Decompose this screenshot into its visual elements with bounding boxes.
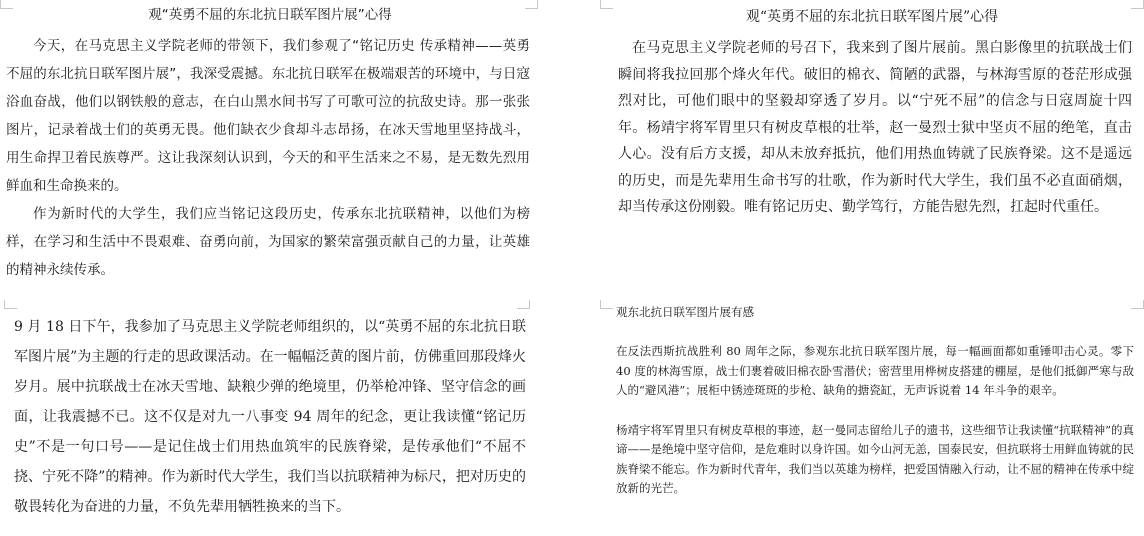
essay-paragraph: 在反法西斯抗战胜利 80 周年之际，参观东北抗日联军图片展，每一幅画面都如重锤叩…	[616, 342, 1134, 401]
essay-body: 今天，在马克思主义学院老师的带领下，我们参观了“铭记历史 传承精神——英勇不屈的…	[6, 32, 530, 284]
essay-paragraph: 作为新时代的大学生，我们应当铭记这段历史，传承东北抗联精神，以他们为榜样，在学习…	[6, 200, 530, 284]
essay-body: 9 月 18 日下午，我参加了马克思主义学院老师组织的，以“英勇不屈的东北抗日联…	[14, 312, 526, 522]
essay-panel-2: 观“英勇不屈的东北抗日联军图片展”心得 在马克思主义学院老师的号召下，我来到了图…	[600, 0, 1144, 270]
essay-body: 在反法西斯抗战胜利 80 周年之际，参观东北抗日联军图片展，每一幅画面都如重锤叩…	[616, 342, 1134, 519]
essay-title: 观“英勇不屈的东北抗日联军图片展”心得	[0, 4, 540, 26]
essay-body: 在马克思主义学院老师的号召下，我来到了图片展前。黑白影像里的抗联战士们瞬间将我拉…	[618, 35, 1132, 221]
essay-panel-3: 9 月 18 日下午，我参加了马克思主义学院老师组织的，以“英勇不屈的东北抗日联…	[0, 300, 540, 536]
page-corner-mark	[517, 300, 530, 309]
essay-paragraph: 在马克思主义学院老师的号召下，我来到了图片展前。黑白影像里的抗联战士们瞬间将我拉…	[618, 35, 1132, 221]
page-corner-mark	[1131, 300, 1144, 309]
essay-title: 观“英勇不屈的东北抗日联军图片展”心得	[600, 6, 1144, 28]
essay-panel-4: 观东北抗日联军图片展有感 在反法西斯抗战胜利 80 周年之际，参观东北抗日联军图…	[600, 300, 1144, 536]
essay-title: 观东北抗日联军图片展有感	[616, 303, 754, 321]
essay-panel-1: 观“英勇不屈的东北抗日联军图片展”心得 今天，在马克思主义学院老师的带领下，我们…	[0, 0, 540, 270]
essay-paragraph: 9 月 18 日下午，我参加了马克思主义学院老师组织的，以“英勇不屈的东北抗日联…	[14, 312, 526, 522]
essay-paragraph: 今天，在马克思主义学院老师的带领下，我们参观了“铭记历史 传承精神——英勇不屈的…	[6, 32, 530, 200]
page-corner-mark	[4, 300, 17, 309]
essay-paragraph: 杨靖宇将军胃里只有树皮草根的事迹，赵一曼同志留给儿子的遗书，这些细节让我读懂“抗…	[616, 421, 1134, 499]
page-corner-mark	[600, 300, 613, 309]
